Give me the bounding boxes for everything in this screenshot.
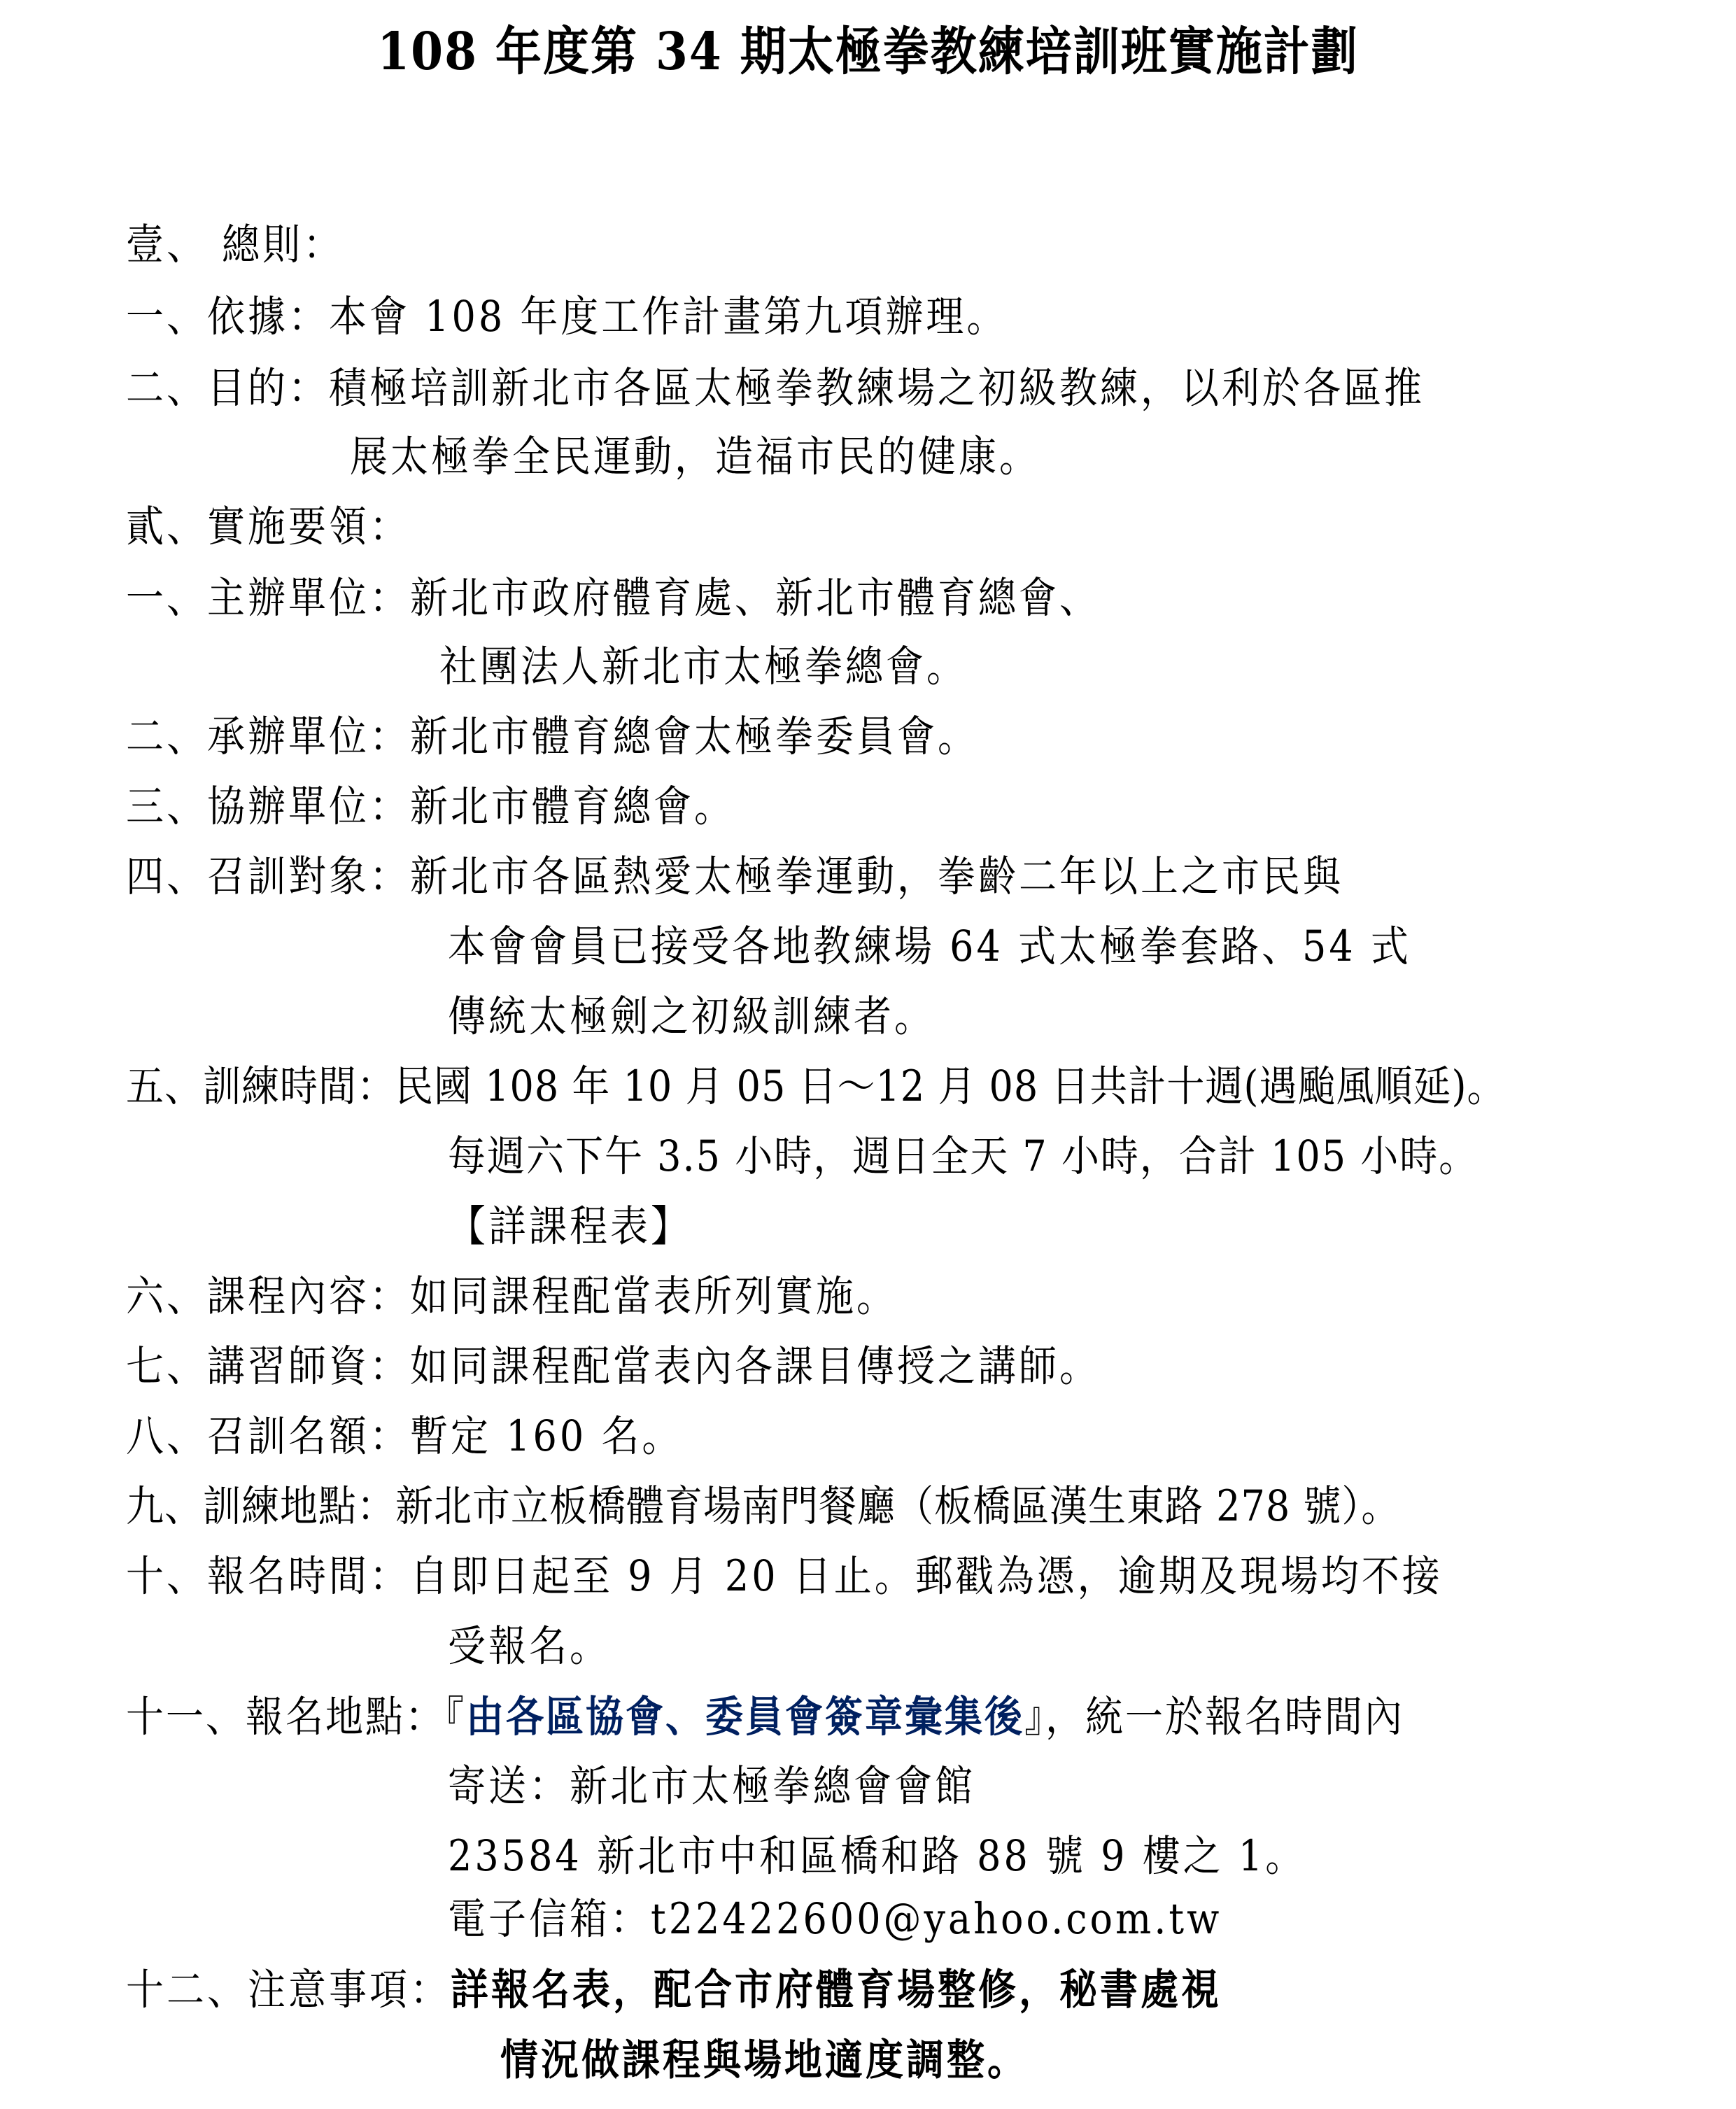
item-text: 民國 108 年 10 月 05 日～12 月 08 日共計十週(遇颱風順延)。	[395, 1061, 1506, 1111]
item-co-organizer: 三、協辦單位：新北市體育總會。	[126, 775, 735, 838]
item-training-time-continuation-1: 每週六下午 3.5 小時，週日全天 7 小時，合計 105 小時。	[448, 1125, 1478, 1188]
item-training-location: 九、訓練地點：新北市立板橋體育場南門餐廳（板橋區漢生東路 278 號）。	[126, 1475, 1399, 1538]
item-text: 積極培訓新北市各區太極拳教練場之初級教練，以利於各區推	[329, 363, 1425, 413]
item-label: 二、目的：	[126, 363, 329, 413]
highlighted-instruction: 由各區協會、委員會簽章彙集後	[466, 1691, 1024, 1742]
item-text: 新北市各區熱愛太極拳運動，拳齡二年以上之市民與	[410, 852, 1343, 901]
item-text: 暫定 160 名。	[410, 1411, 682, 1461]
item-label: 十一、報名地點：	[126, 1692, 445, 1742]
item-label: 七、講習師資：	[126, 1341, 410, 1391]
item-label: 十二、注意事項：	[126, 1965, 451, 2015]
item-text: 新北市體育總會太極拳委員會。	[410, 712, 978, 761]
item-basis: 一、依據：本會 108 年度工作計畫第九項辦理。	[126, 285, 1007, 348]
item-text: 詳報名表，配合市府體育場整修，秘書處視	[451, 1964, 1222, 2015]
item-label: 一、依據：	[126, 292, 329, 341]
item-target-continuation-2: 傳統太極劍之初級訓練者。	[448, 985, 935, 1048]
item-text: 如同課程配當表所列實施。	[410, 1271, 897, 1321]
quote-close-text: 』，統一於報名時間內	[1024, 1692, 1404, 1742]
item-executor: 二、承辦單位：新北市體育總會太極拳委員會。	[126, 705, 978, 768]
item-text: 如同課程配當表內各課目傳授之講師。	[410, 1341, 1100, 1391]
quote-open: 『	[445, 1692, 466, 1742]
item-instructors: 七、講習師資：如同課程配當表內各課目傳授之講師。	[126, 1335, 1100, 1398]
item-text: 自即日起至 9 月 20 日止。郵戳為憑，逾期及現場均不接	[410, 1551, 1443, 1601]
item-registration-email: 電子信箱：t22422600@yahoo.com.tw	[448, 1888, 1222, 1951]
item-label: 八、召訓名額：	[126, 1411, 410, 1461]
document-title: 108 年度第 34 期太極拳教練培訓班實施計劃	[0, 16, 1736, 87]
section-heading-general: 壹、 總則：	[126, 213, 344, 276]
item-registration-send-to: 寄送：新北市太極拳總會會館	[448, 1755, 975, 1818]
item-training-time: 五、訓練時間：民國 108 年 10 月 05 日～12 月 08 日共計十週(…	[126, 1055, 1506, 1118]
item-purpose-continuation: 展太極拳全民運動，造福市民的健康。	[350, 425, 1040, 488]
item-registration-location: 十一、報名地點：『由各區協會、委員會簽章彙集後』，統一於報名時間內	[126, 1685, 1404, 1749]
item-text: 新北市體育總會。	[410, 782, 735, 831]
item-text: 新北市政府體育處、新北市體育總會、	[410, 573, 1100, 623]
item-target-participants: 四、召訓對象：新北市各區熱愛太極拳運動，拳齡二年以上之市民與	[126, 845, 1343, 908]
item-organizer-continuation: 社團法人新北市太極拳總會。	[439, 635, 967, 698]
item-organizer: 一、主辦單位：新北市政府體育處、新北市體育總會、	[126, 567, 1100, 630]
item-registration-time-continuation: 受報名。	[448, 1615, 610, 1678]
item-label: 四、召訓對象：	[126, 852, 410, 901]
item-label: 十、報名時間：	[126, 1551, 410, 1601]
item-registration-time: 十、報名時間：自即日起至 9 月 20 日止。郵戳為憑，逾期及現場均不接	[126, 1545, 1443, 1608]
item-quota: 八、召訓名額：暫定 160 名。	[126, 1405, 682, 1468]
item-label: 九、訓練地點：	[126, 1481, 395, 1531]
item-label: 二、承辦單位：	[126, 712, 410, 761]
item-label: 五、訓練時間：	[126, 1061, 395, 1111]
item-training-time-schedule-note: 【詳課程表】	[448, 1195, 691, 1258]
item-notes-continuation: 情況做課程與場地適度調整。	[500, 2028, 1028, 2091]
item-label: 六、課程內容：	[126, 1271, 410, 1321]
item-label: 三、協辦單位：	[126, 782, 410, 831]
item-course-content: 六、課程內容：如同課程配當表所列實施。	[126, 1265, 897, 1328]
item-label: 一、主辦單位：	[126, 573, 410, 623]
item-notes: 十二、注意事項：詳報名表，配合市府體育場整修，秘書處視	[126, 1958, 1222, 2022]
item-text: 本會 108 年度工作計畫第九項辦理。	[329, 292, 1007, 341]
item-text: 新北市立板橋體育場南門餐廳（板橋區漢生東路 278 號）。	[395, 1481, 1399, 1531]
item-registration-address: 23584 新北市中和區橋和路 88 號 9 樓之 1。	[448, 1825, 1306, 1888]
item-target-continuation-1: 本會會員已接受各地教練場 64 式太極拳套路、54 式	[448, 915, 1411, 978]
item-purpose: 二、目的：積極培訓新北市各區太極拳教練場之初級教練，以利於各區推	[126, 357, 1425, 420]
section-heading-implementation: 貳、實施要領：	[126, 495, 410, 558]
